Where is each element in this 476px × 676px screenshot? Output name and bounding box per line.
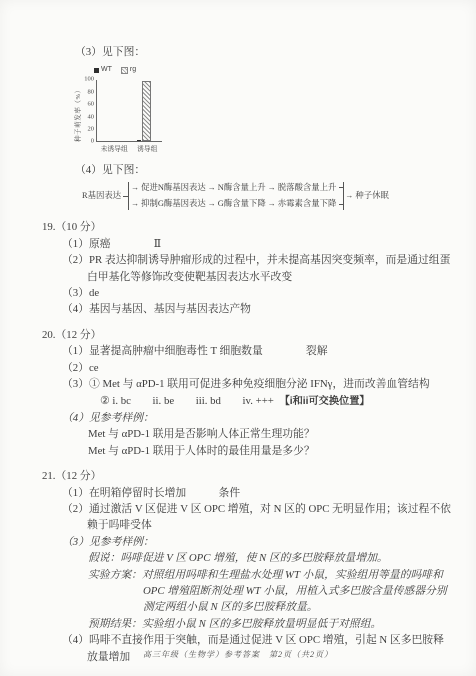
answer-19-2: （2）PR 表达抑制诱导肿瘤形成的过程中，并未提高基因突变频率，而是通过组蛋白甲… bbox=[62, 252, 454, 285]
answer-20-1: （1）显著提高肿瘤中细胞毒性 T 细胞数量 裂解 bbox=[62, 343, 454, 359]
y-tick-label: 80 bbox=[88, 89, 95, 96]
y-tick-label: 20 bbox=[88, 126, 95, 133]
answer-21-1: （1）在明箱停留时长增加 条件 bbox=[62, 485, 454, 501]
answer-20-4-example-1: Met 与 αPD-1 联用是否影响人体正常生理功能？ bbox=[88, 426, 454, 442]
y-tick-label: 100 bbox=[84, 77, 94, 84]
bar-group-uninduced bbox=[108, 80, 122, 141]
y-tick-label: 0 bbox=[91, 139, 94, 146]
question-21-header: 21.（12 分） bbox=[42, 468, 454, 484]
answer-19-1: （1）原癌 Ⅱ bbox=[62, 236, 454, 252]
y-tick-label: 40 bbox=[88, 114, 95, 121]
page-content: （3）见下图： WT rg 种子萌发率（%） 0 20 40 60 bbox=[0, 0, 476, 665]
item-4-label: （4）见下图： bbox=[75, 162, 454, 178]
arrow-icon: → bbox=[130, 184, 140, 192]
answer-21-3-expected: 预期结果：实验组小鼠 N 区的多巴胺释放量明显低于对照组。 bbox=[88, 616, 454, 632]
answer-19-4: （4）基因与基因、基因与基因表达产物 bbox=[62, 301, 454, 317]
answer-21-3-hypothesis: 假说：吗啡促进 V 区 OPC 增殖，使 N 区的多巴胺释放量增加。 bbox=[88, 550, 454, 566]
y-axis-ticks: 0 20 40 60 80 100 bbox=[81, 80, 96, 142]
answer-21-3-plan: 实验方案：对照组用吗啡和生理盐水处理 WT 小鼠，实验组用等量的吗啡和 OPC … bbox=[88, 567, 454, 616]
connector-line bbox=[339, 187, 343, 188]
answer-20-2: （2）ce bbox=[62, 360, 454, 376]
arrow-icon: → bbox=[207, 184, 217, 192]
legend-entry-rg: rg bbox=[121, 62, 136, 78]
arrow-icon: → bbox=[267, 184, 277, 192]
flowchart-top-branch: → 促进N酶基因表达 → N酶含量上升 → 脱落酸含量上升 bbox=[130, 184, 343, 192]
answer-21-2: （2）通过激活 V 区促进 V 区 OPC 增殖，对 N 区的 OPC 无明显作… bbox=[62, 501, 454, 534]
flow-node: G酶含量下降 bbox=[218, 200, 266, 208]
gene-expression-flowchart: R基因表达 → 促进N酶基因表达 → N酶含量上升 → 脱落酸含量上升 → 抑制… bbox=[82, 182, 454, 211]
flow-node: 脱落酸含量上升 bbox=[278, 184, 337, 192]
answer-19-3: （3）de bbox=[62, 285, 454, 301]
arrow-icon: → bbox=[344, 192, 354, 200]
arrow-icon: → bbox=[267, 200, 277, 208]
legend-swatch-rg-icon bbox=[121, 67, 128, 74]
question-20-header: 20.（12 分） bbox=[42, 327, 454, 343]
y-axis-title: 种子萌发率（%） bbox=[72, 80, 81, 142]
answer-20-4-example-2: Met 与 αPD-1 联用于人体时的最佳用量是多少？ bbox=[88, 443, 454, 459]
answer-20-4: （4）见参考样例： bbox=[62, 410, 454, 426]
legend-swatch-wt-icon bbox=[94, 68, 99, 73]
answer-20-3-codes: ② i. bc ii. be iii. bd iv. +++ bbox=[100, 395, 285, 407]
bar-wt-induced bbox=[137, 140, 141, 141]
x-axis-labels: 未诱导组 诱导组 bbox=[96, 142, 162, 158]
x-tick-label-induced: 诱导组 bbox=[137, 142, 157, 158]
y-tick-label: 60 bbox=[88, 101, 95, 108]
answer-21-3: （3）见参考样例： bbox=[62, 534, 454, 550]
page-footer: 高三年级（生物学）参考答案 第2页（共2页） bbox=[0, 649, 476, 660]
arrow-icon: → bbox=[207, 200, 217, 208]
plot-area bbox=[96, 80, 162, 142]
legend-label-rg: rg bbox=[130, 62, 136, 78]
question-19-header: 19.（10 分） bbox=[42, 219, 454, 235]
flowchart-branches: → 促进N酶基因表达 → N酶含量上升 → 脱落酸含量上升 → 抑制G酶基因表达… bbox=[128, 182, 344, 211]
x-tick-label-uninduced: 未诱导组 bbox=[101, 142, 128, 158]
arrow-icon: → bbox=[130, 200, 140, 208]
legend-entry-wt: WT bbox=[94, 62, 112, 78]
bar-rg-induced bbox=[142, 81, 151, 141]
flow-node: 赤霉素含量下降 bbox=[278, 200, 337, 208]
flow-node: 抑制G酶基因表达 bbox=[141, 200, 206, 208]
answer-20-3-part1: （3）① Met 与 αPD-1 联用可促进多种免疫细胞分泌 IFNγ，进而改善… bbox=[62, 376, 454, 392]
bar-group-induced bbox=[137, 80, 151, 141]
chart-legend: WT rg bbox=[94, 62, 202, 78]
item-3-label: （3）见下图： bbox=[75, 44, 454, 60]
flow-node: N酶含量上升 bbox=[218, 184, 266, 192]
germination-bar-chart: WT rg 种子萌发率（%） 0 20 40 60 80 100 bbox=[72, 62, 202, 158]
connector-line bbox=[339, 204, 343, 205]
flow-node: 促进N酶基因表达 bbox=[141, 184, 206, 192]
answer-20-3-note: 【i和ii可交换位置】 bbox=[285, 396, 370, 407]
chart-body: 种子萌发率（%） 0 20 40 60 80 100 bbox=[72, 80, 202, 142]
flowchart-result: 种子休眠 bbox=[355, 192, 389, 200]
answer-sheet-page: （3）见下图： WT rg 种子萌发率（%） 0 20 40 60 bbox=[0, 0, 476, 676]
flowchart-bottom-branch: → 抑制G酶基因表达 → G酶含量下降 → 赤霉素含量下降 bbox=[130, 200, 343, 208]
legend-label-wt: WT bbox=[101, 62, 112, 78]
flowchart-source: R基因表达 bbox=[82, 192, 121, 200]
answer-20-3-part2: ② i. bc ii. be iii. bd iv. +++ 【i和ii可交换位… bbox=[62, 393, 454, 410]
